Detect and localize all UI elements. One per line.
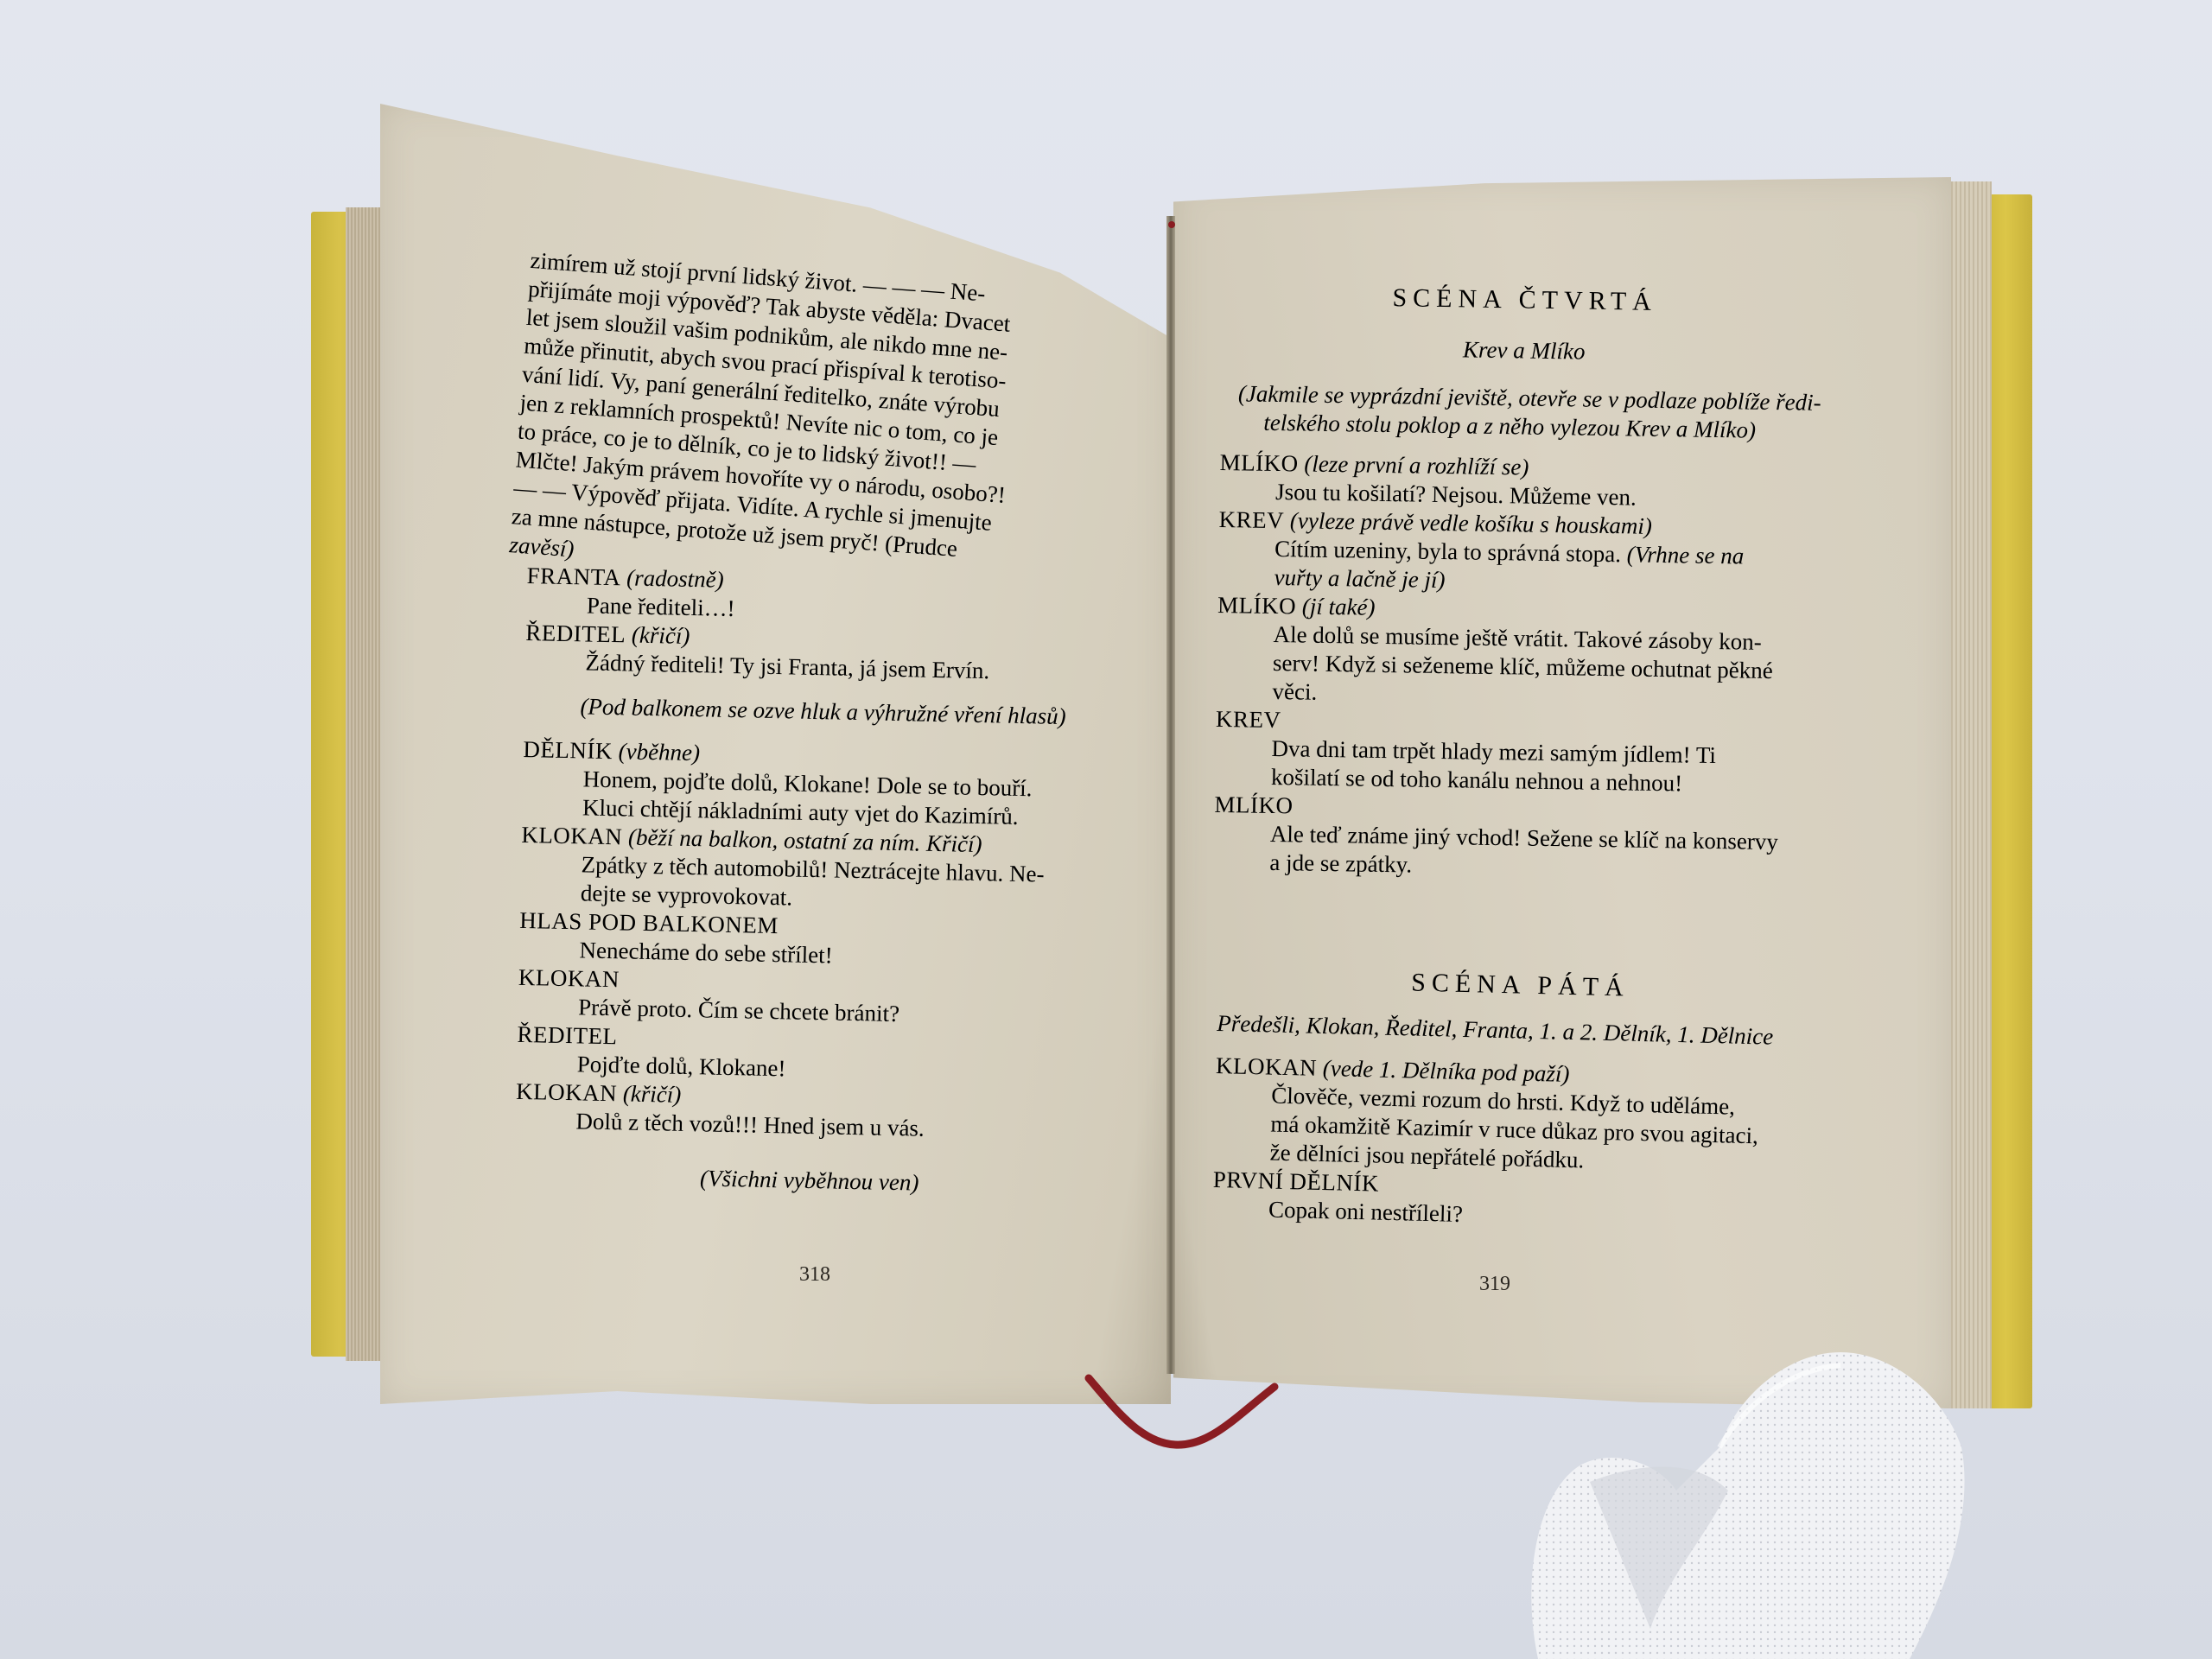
stage-direction: (křičí)	[623, 1080, 682, 1107]
scene-5: SCÉNA PÁTÁ Předešli, Klokan, Ředitel, Fr…	[1212, 963, 1823, 1237]
photo-scene: zimírem už stojí první lidský život. — —…	[0, 0, 2212, 1659]
stage-direction: (křičí)	[632, 622, 690, 649]
speaker-name: KREV	[1218, 506, 1284, 533]
stage-direction: (radostně)	[626, 564, 724, 592]
speaker-name: MLÍKO	[1219, 449, 1298, 476]
speaker-name: KLOKAN	[521, 822, 623, 849]
stage-direction: (vyleze právě vedle košíku s houskami)	[1290, 507, 1653, 539]
stage-direction: (Vrhne se na	[1627, 541, 1745, 569]
bookmark-ribbon	[1080, 1374, 1287, 1452]
headband	[1168, 221, 1175, 228]
left-continued-speech: zimírem už stojí první lidský život. — —…	[508, 246, 1020, 595]
left-dialogue: FRANTA (radostně) Pane řediteli…! ŘEDITE…	[514, 562, 1069, 1200]
scene-4: SCÉNA ČTVRTÁ Krev a Mlíko (Jakmile se vy…	[1213, 281, 1827, 886]
speaker-name: DĚLNÍK	[523, 736, 613, 764]
speaker-name: KLOKAN	[516, 1078, 618, 1106]
speech-line: Cítím uzeniny, byla to správná stopa.	[1274, 536, 1621, 567]
speaker-name: MLÍKO	[1217, 592, 1296, 619]
page-stack-right	[1944, 181, 1992, 1408]
page-number-right: 319	[1479, 1273, 1510, 1296]
speaker-name: ŘEDITEL	[525, 620, 626, 647]
speaker-name: KLOKAN	[1216, 1052, 1318, 1081]
white-glove-hand	[1460, 1318, 2013, 1659]
book-gutter	[1166, 216, 1175, 1374]
page-number-left: 318	[799, 1263, 830, 1287]
stage-direction: (vběhne)	[618, 738, 700, 766]
stage-direction: (leze první a rozhlíží se)	[1304, 451, 1529, 480]
speaker-name: FRANTA	[526, 563, 620, 590]
stage-direction: (vede 1. Dělníka pod paží)	[1322, 1055, 1569, 1087]
stage-direction: (jí také)	[1302, 593, 1376, 620]
